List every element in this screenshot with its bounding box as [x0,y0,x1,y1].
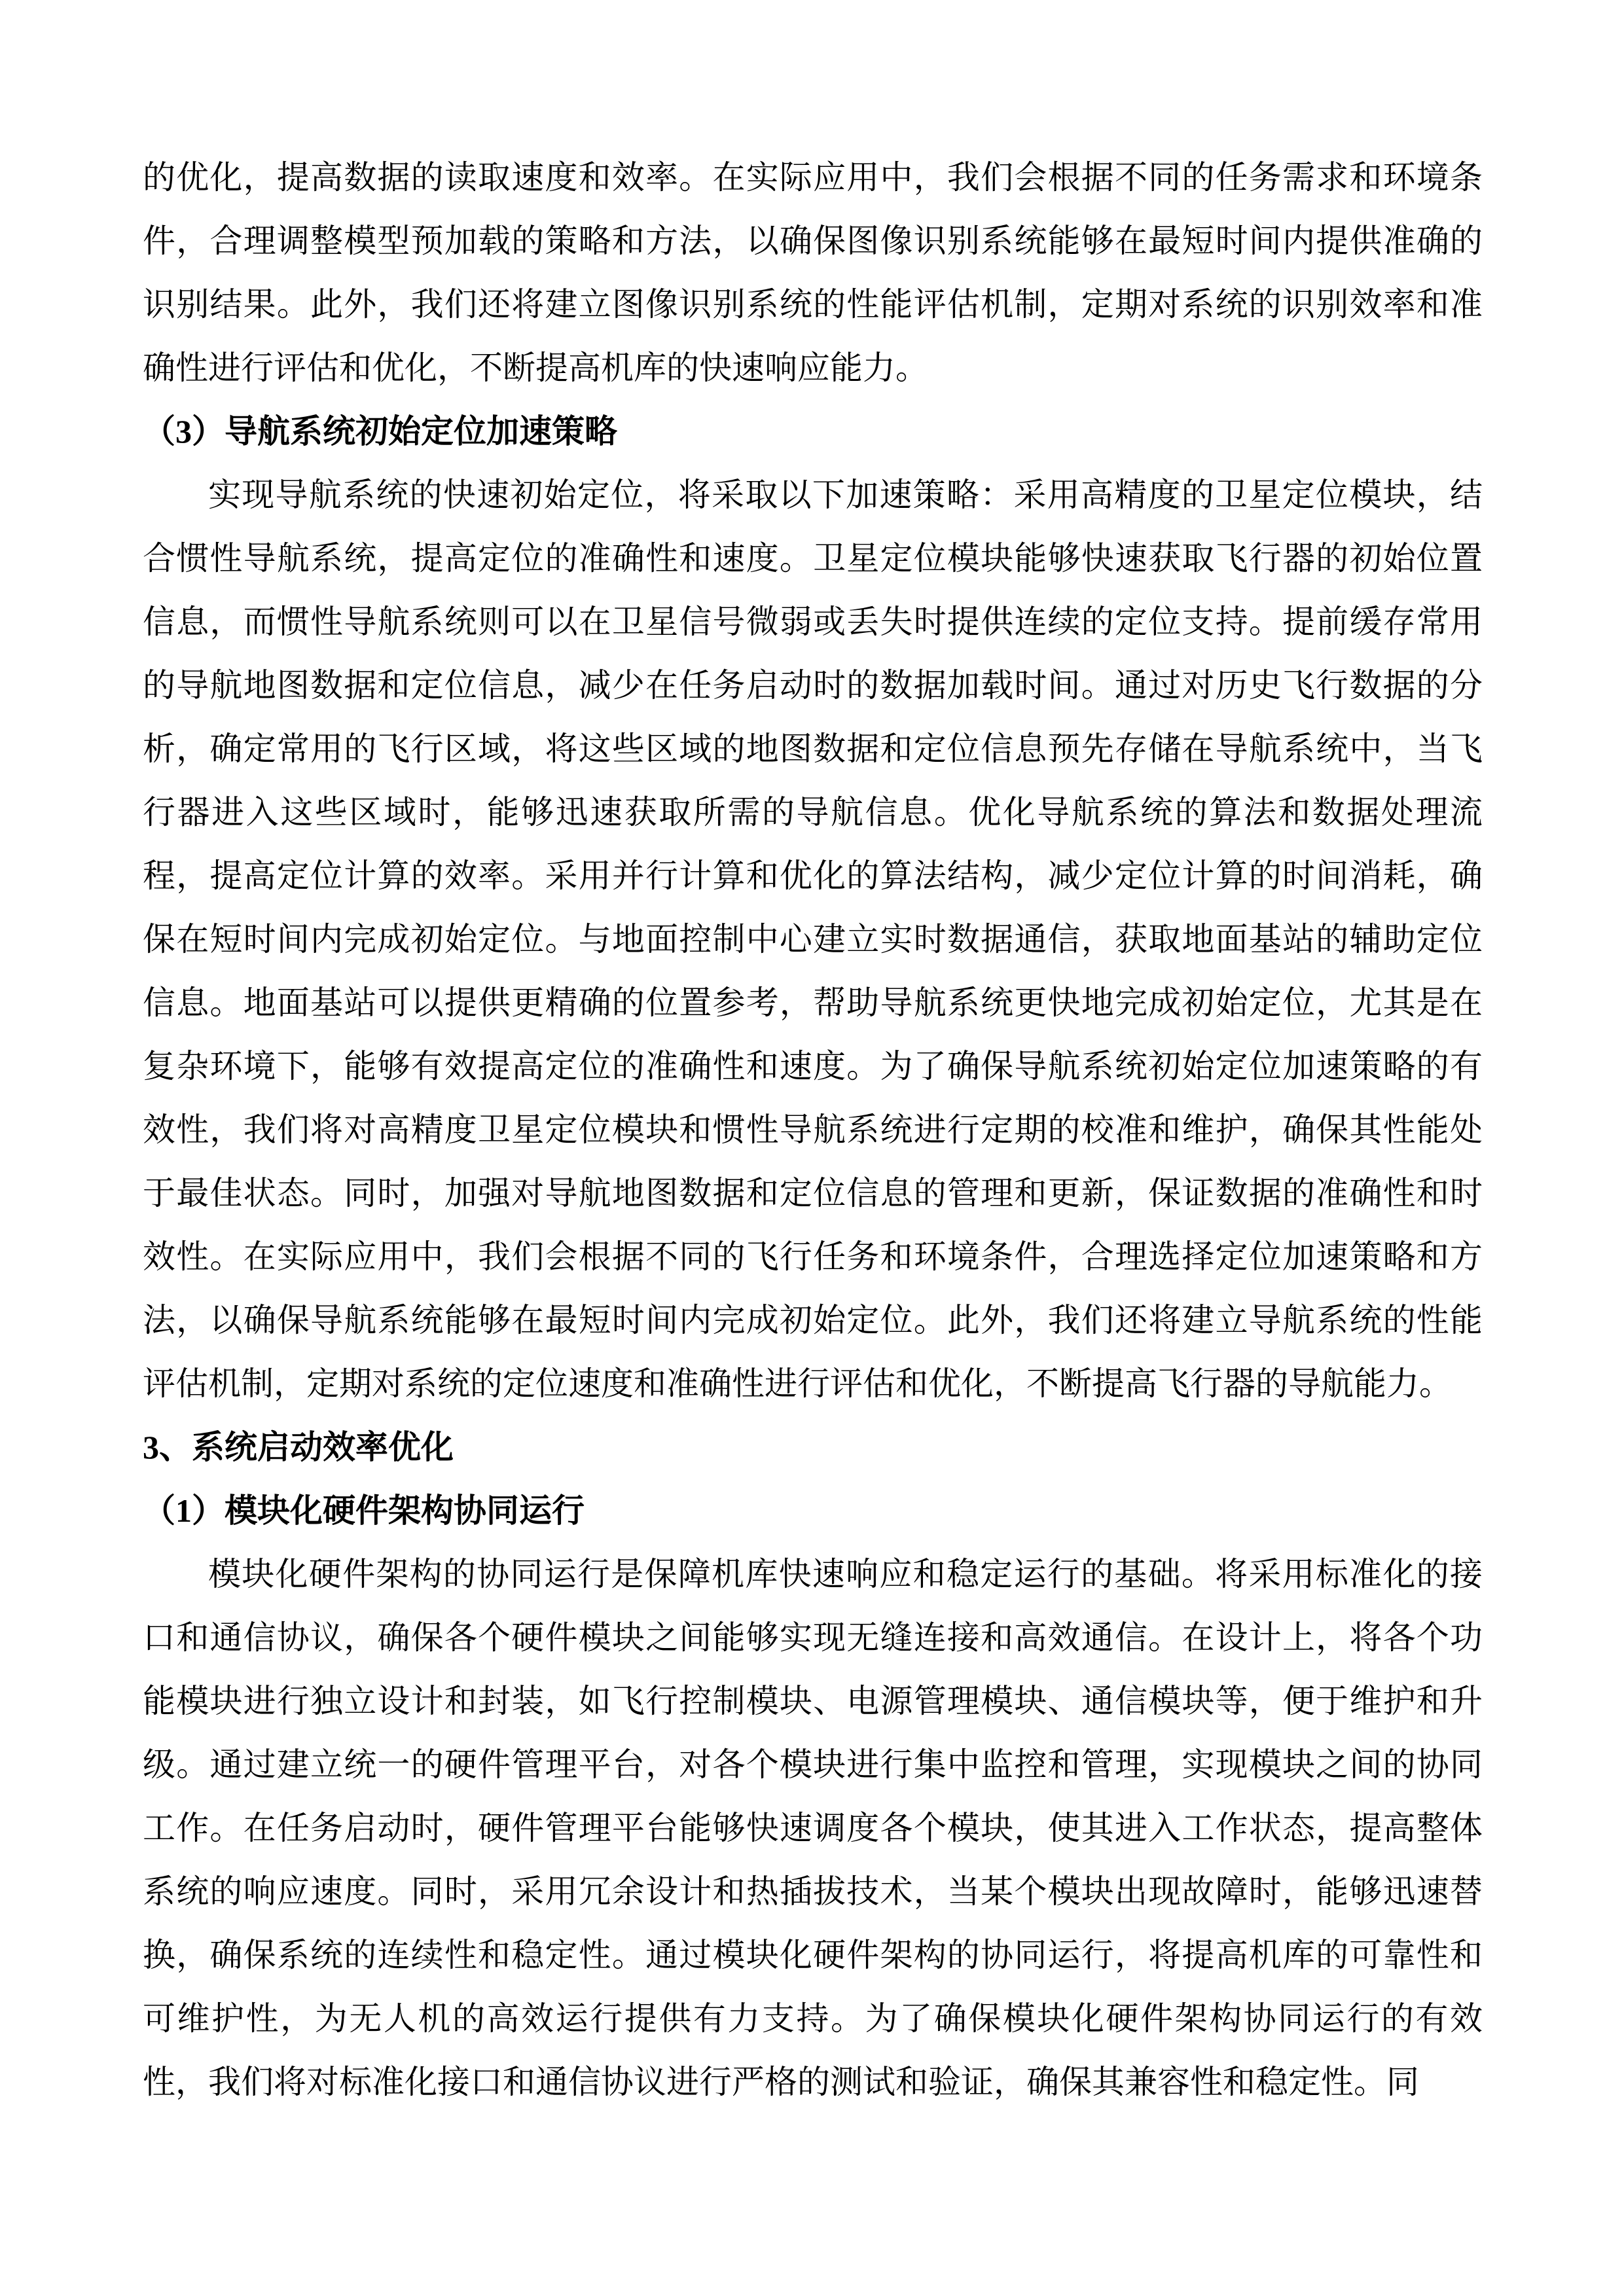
heading-system-startup-efficiency: 3、系统启动效率优化 [143,1416,1483,1479]
document-page: 的优化，提高数据的读取速度和效率。在实际应用中，我们会根据不同的任务需求和环境条… [0,0,1624,2296]
heading-modular-hardware-architecture: （1）模块化硬件架构协同运行 [143,1479,1483,1543]
heading-nav-initial-positioning: （3）导航系统初始定位加速策略 [143,400,1483,463]
paragraph-modular-hardware: 模块化硬件架构的协同运行是保障机库快速响应和稳定运行的基础。将采用标准化的接口和… [143,1543,1483,2114]
paragraph-nav-positioning-strategy: 实现导航系统的快速初始定位，将采取以下加速策略：采用高精度的卫星定位模块，结合惯… [143,463,1483,1416]
paragraph-image-recognition-continuation: 的优化，提高数据的读取速度和效率。在实际应用中，我们会根据不同的任务需求和环境条… [143,146,1483,400]
